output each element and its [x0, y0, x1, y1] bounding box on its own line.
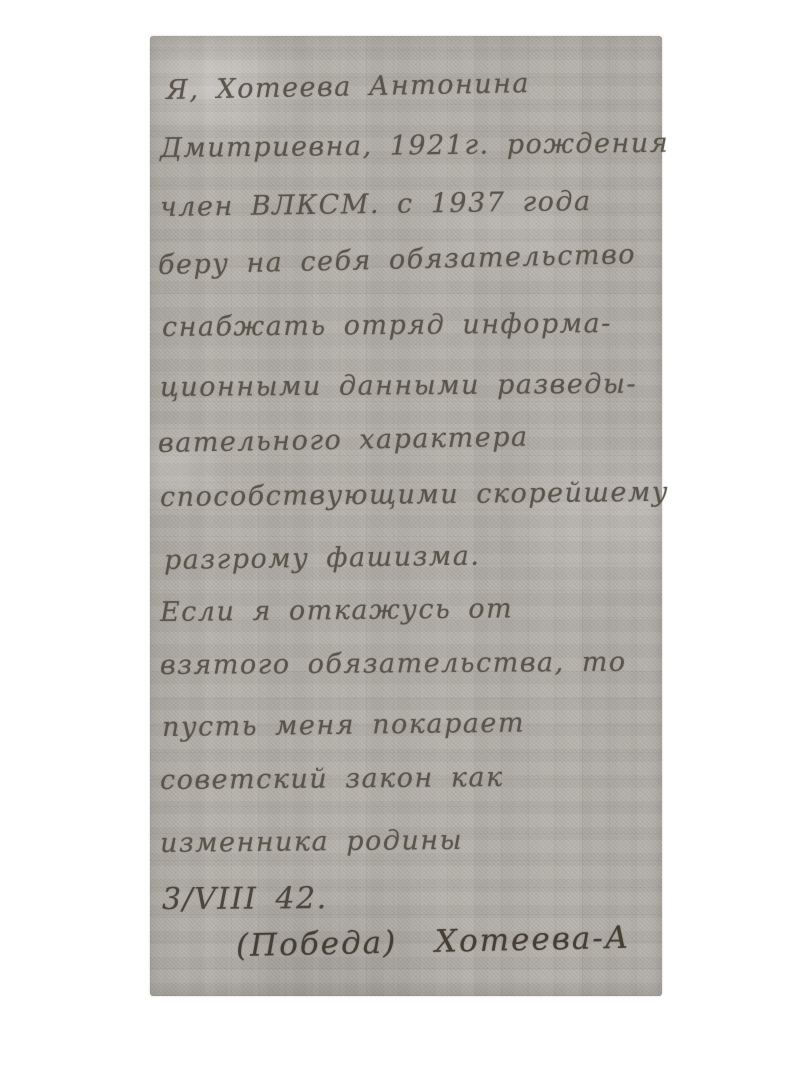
- handwriting-line: Я, Хотеева Антонина: [166, 68, 531, 106]
- handwriting-line: вательного характера: [158, 422, 529, 459]
- handwriting-line: ционными данными разведы-: [160, 369, 637, 403]
- handwriting-line: советский закон как: [160, 762, 504, 796]
- handwriting-line: Дмитриевна, 1921г. рождения: [160, 128, 669, 164]
- handwriting-line: разгрому фашизма.: [164, 541, 481, 576]
- handwriting-line: Если я откажусь от: [160, 593, 513, 628]
- page-background: Я, Хотеева Антонина Дмитриевна, 1921г. р…: [0, 0, 800, 1066]
- handwriting-line: член ВЛКСМ. с 1937 года: [160, 186, 592, 223]
- handwriting-line: пусть меня покарает: [162, 708, 525, 743]
- handwriting-line: изменника родины: [160, 825, 463, 859]
- handwriting-line: способствующими скорейшему: [160, 477, 669, 513]
- document-paper: Я, Хотеева Антонина Дмитриевна, 1921г. р…: [150, 36, 662, 996]
- signature-line: (Победа) Хотеева-А: [236, 920, 631, 964]
- date-line: 3/VIII 42.: [162, 881, 328, 917]
- handwriting-line: взятого обязательства, то: [160, 647, 627, 681]
- handwriting-line: беру на себя обязательство: [158, 239, 637, 281]
- handwriting-line: снабжать отряд информа-: [162, 308, 612, 343]
